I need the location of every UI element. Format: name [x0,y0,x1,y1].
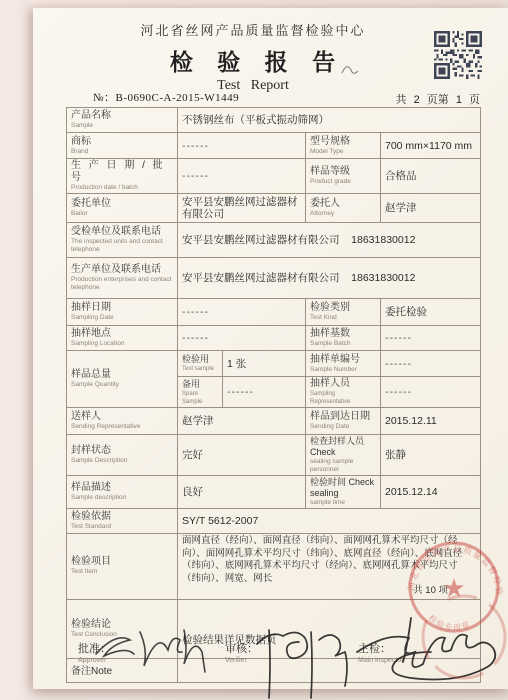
sendingrep-label-zh: 送样人 [71,411,173,423]
checkpersonnel-label-en: sealing sample personnel [310,458,376,474]
cell-attorney-value: 赵学津 [381,194,481,223]
samplingrep-label-zh: 抽样人员 [310,378,376,390]
cell-sealstate-label: 封样状态Sample Description [67,435,178,476]
testkind-label-en: Test Kind [310,314,376,322]
cell-samplingrep-label: 抽样人员Sampling Representative [306,377,381,408]
cell-arrivaldate-label: 样品到达日期Sending Date [306,408,381,435]
cell-grade-value: 合格品 [381,159,481,194]
cell-testitem-value: 面网直径（经向）、面网直径（纬向）、面网网孔算术平均尺寸（经向）、面网网孔算术平… [178,534,481,600]
producer-label-en: Production enterprises and contact telep… [71,276,173,292]
sparesample-label-en: Spare Sample [182,390,218,406]
proddate-label-zh: 生 产 日 期 / 批 号 [71,160,173,184]
scanned-report-page: 河北省丝网产品质量监督检验中心 检 验 报 告 Test Report №：B-… [0,0,508,700]
grade-label-en: Product grade [310,178,376,186]
checktime-label-en: sample time [310,499,376,507]
cell-samplingloc-value: ------ [178,326,306,351]
testitem-value: 面网直径（经向）、面网直径（纬向）、面网网孔算术平均尺寸（经向）、面网网孔算术平… [182,535,462,584]
cell-testkind-label: 检验类别Test Kind [306,299,381,326]
samplingrep-label-en: Sampling Representative [310,390,376,406]
sparesample-value: ------ [227,386,301,398]
bailor-value: 安平县安鹏丝网过滤器材有限公司 [182,196,301,220]
samplequantity-label-en: Sample Quantity [71,381,173,389]
sample-label-zh: 产品名称 [71,110,173,122]
attorney-label-zh: 委托人 [310,198,376,210]
arrivaldate-label-zh: 样品到达日期 [310,411,376,423]
samplingdate-label-zh: 抽样日期 [71,302,173,314]
cell-samplequantity-label: 样品总量Sample Quantity [67,351,178,408]
brand-label-en: Brand [71,148,173,156]
cell-grade-label: 样品等级Product grade [306,159,381,194]
samplebatch-value: ------ [385,332,476,344]
cell-checktime-label: 检验时间 Check sealingsample time [306,476,381,509]
cell-sparesample-value: ------ [223,377,306,408]
org-title: 河北省丝网产品质量监督检验中心 [33,20,473,39]
brand-value: ------ [182,140,301,152]
checkpersonnel-label-zh: 检查封样人员 Check [310,436,376,458]
qr-code-icon [434,31,482,79]
testsample-label-en: Test sample [182,365,218,373]
samplequantity-label-zh: 样品总量 [71,369,173,381]
verifier-label-zh: 审核： [225,643,258,655]
cell-checkpersonnel-value: 张静 [381,435,481,476]
verifier-block: 审核： Verifier [225,639,258,665]
bailor-label-zh: 委托单位 [71,198,173,210]
standard-label-zh: 检验依据 [71,511,173,523]
cell-checktime-value: 2015.12.14 [381,476,481,509]
sparesample-label-zh: 备用 [182,379,218,390]
cell-sample-value: 不锈钢丝布（平板式振动筛网） [178,108,481,133]
testitem-count: 共 10 项 [182,585,476,598]
cell-samplingloc-label: 抽样地点Sampling Location [67,326,178,351]
cell-samplingdate-value: ------ [178,299,306,326]
sealstate-label-zh: 封样状态 [71,445,173,457]
cell-testkind-value: 委托检验 [381,299,481,326]
samplebatch-label-en: Sample Batch [310,340,376,348]
cell-producer-value: 安平县安鹏丝网过滤器材有限公司 18631830012 [178,258,481,299]
testitem-value-wrap: 面网直径（经向）、面网直径（纬向）、面网网孔算术平均尺寸（经向）、面网网孔算术平… [182,535,476,585]
note-label-zh: 备注 [71,666,91,677]
testitem-label-zh: 检验项目 [71,556,173,568]
report-paper: 河北省丝网产品质量监督检验中心 检 验 报 告 Test Report №：B-… [33,8,508,689]
sampledesc-value: 良好 [182,486,301,498]
testsample-label-zh: 检验用 [182,354,218,365]
cell-testitem-label: 检验项目Test Item [67,534,178,600]
arrivaldate-value: 2015.12.11 [385,415,476,427]
inspector-label-zh: 主检： [358,643,391,655]
conclusion-label-zh: 检验结论 [71,619,173,631]
cell-testsample-label: 检验用Test sample [178,351,223,377]
cell-model-value: 700 mm×1170 mm [381,133,481,159]
attorney-label-en: Attorney [310,210,376,218]
grade-value: 合格品 [385,170,476,182]
cell-attorney-label: 委托人Attorney [306,194,381,223]
standard-value: SY/T 5612-2007 [182,515,476,527]
sampledesc-label-en: Sample description [71,494,173,502]
model-value: 700 mm×1170 mm [385,140,476,152]
samplingloc-value: ------ [182,332,301,344]
conclusion-label-en: Test Conclusion [71,631,173,639]
report-title: 检 验 报 告 [33,44,481,77]
cell-model-label: 型号规格Model Type [306,133,381,159]
samplebatch-label-zh: 抽样基数 [310,328,376,340]
cell-sample-label: 产品名称Sample [67,108,178,133]
producer-value: 安平县安鹏丝网过滤器材有限公司 18631830012 [182,272,476,284]
cell-bailor-value: 安平县安鹏丝网过滤器材有限公司 [178,194,306,223]
grade-label-zh: 样品等级 [310,166,376,178]
standard-label-en: Test Standard [71,523,173,531]
approver-label-en: Approver [78,657,111,665]
testsample-value: 1 张 [227,358,301,370]
cell-samplenumber-label: 抽样单编号Sample Number [306,351,381,377]
samplenumber-label-zh: 抽样单编号 [310,354,376,366]
samplingloc-label-zh: 抽样地点 [71,328,173,340]
cell-brand-value: ------ [178,133,306,159]
inspected-label-zh: 受检单位及联系电话 [71,226,173,238]
sample-label-en: Sample [71,122,173,130]
checkpersonnel-value: 张静 [385,449,476,461]
report-number: №：B-0690C-A-2015-W1449 [93,89,239,105]
sealstate-value: 完好 [182,449,301,461]
bailor-label-en: Bailor [71,210,173,218]
cell-samplingrep-value: ------ [381,377,481,408]
inspected-value: 安平县安鹏丝网过滤器材有限公司 18631830012 [182,234,476,246]
cell-bailor-label: 委托单位Bailor [67,194,178,223]
cell-proddate-value: ------ [178,159,306,194]
inspector-label-en: Main inspector [358,657,404,665]
cell-proddate-label: 生 产 日 期 / 批 号Production date / batch [67,159,178,194]
cell-testsample-value: 1 张 [223,351,306,377]
approver-block: 批准： Approver [78,639,111,665]
proddate-label-en: Production date / batch [71,184,173,192]
cell-conclusion-value: 检验结果详见数据页 （检验报告专用章） 签发日期：2015 年 12 月 14 … [178,599,481,658]
samplingrep-value: ------ [385,386,476,398]
model-label-zh: 型号规格 [310,136,376,148]
cell-standard-value: SY/T 5612-2007 [178,509,481,534]
sendingrep-value: 赵学津 [182,415,301,427]
verifier-label-en: Verifier [225,657,258,665]
testkind-value: 委托检验 [385,306,476,318]
model-label-en: Model Type [310,148,376,156]
samplingloc-label-en: Sampling Location [71,340,173,348]
cell-samplenumber-value: ------ [381,351,481,377]
proddate-value: ------ [182,170,301,182]
cell-brand-label: 商标Brand [67,133,178,159]
producer-label-zh: 生产单位及联系电话 [71,264,173,276]
samplenumber-label-en: Sample Number [310,366,376,374]
inspected-label-en: The inspected units and contact telephon… [71,238,173,254]
arrivaldate-label-en: Sending Date [310,423,376,431]
cell-producer-label: 生产单位及联系电话Production enterprises and cont… [67,258,178,299]
samplingdate-value: ------ [182,306,301,318]
cell-sealstate-value: 完好 [178,435,306,476]
approver-label-zh: 批准： [78,643,111,655]
samplenumber-value: ------ [385,358,476,370]
attorney-value: 赵学津 [385,202,476,214]
cell-samplebatch-label: 抽样基数Sample Batch [306,326,381,351]
cell-note-value [178,658,481,682]
cell-inspected-value: 安平县安鹏丝网过滤器材有限公司 18631830012 [178,223,481,258]
note-label-en: Note [91,666,112,677]
sealstate-label-en: Sample Description [71,457,173,465]
cell-sampledesc-label: 样品描述Sample description [67,476,178,509]
cell-sparesample-label: 备用Spare Sample [178,377,223,408]
inspector-block: 主检： Main inspector [358,639,404,665]
cell-sendingrep-value: 赵学津 [178,408,306,435]
cell-sampledesc-value: 良好 [178,476,306,509]
cell-sendingrep-label: 送样人Sending Representative [67,408,178,435]
report-form-table: 产品名称Sample 不锈钢丝布（平板式振动筛网） 商标Brand ------… [66,107,481,683]
cell-arrivaldate-value: 2015.12.11 [381,408,481,435]
sampledesc-label-zh: 样品描述 [71,482,173,494]
testitem-label-en: Test Item [71,568,173,576]
cell-checkpersonnel-label: 检查封样人员 Checksealing sample personnel [306,435,381,476]
testkind-label-zh: 检验类别 [310,302,376,314]
samplingdate-label-en: Sampling Date [71,314,173,322]
cell-standard-label: 检验依据Test Standard [67,509,178,534]
sample-value: 不锈钢丝布（平板式振动筛网） [182,114,476,126]
page-count: 共 2 页第 1 页 [396,91,480,107]
cell-inspected-label: 受检单位及联系电话The inspected units and contact… [67,223,178,258]
checktime-label-zh: 检验时间 Check sealing [310,477,376,499]
cell-samplingdate-label: 抽样日期Sampling Date [67,299,178,326]
cell-samplebatch-value: ------ [381,326,481,351]
checktime-value: 2015.12.14 [385,486,476,498]
brand-label-zh: 商标 [71,136,173,148]
sendingrep-label-en: Sending Representative [71,423,173,431]
